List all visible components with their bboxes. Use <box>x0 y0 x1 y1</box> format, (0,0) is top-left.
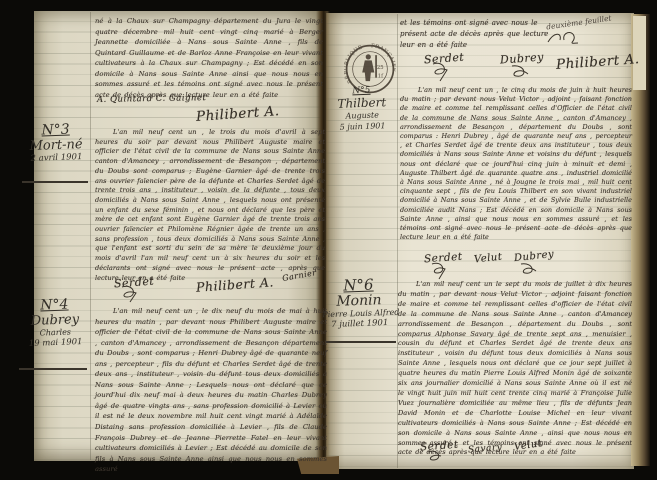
margin-note-3: N°3 Mort-né 2 avril 1901 <box>23 121 88 165</box>
act4-paragraph: L'an mil neuf cent un , le dix neuf du m… <box>95 306 327 475</box>
allegory-figure-icon <box>362 54 377 81</box>
margin-note-4: N°4 Dubrey Charles 19 mai 1901 <box>19 296 91 350</box>
act2-end-paragraph: né à la Chaux sur Champagny département … <box>95 16 323 100</box>
act4-end-paragraph: et les témoins ont signé avec nous le pr… <box>400 18 552 51</box>
stamp-ring-text-left: RÉPUBLIQUE <box>344 44 364 84</box>
act3-paragraph: L'an mil neuf cent un , le trois du mois… <box>95 128 325 283</box>
act2-witness-signatures: A. Quintard C. Gaignet <box>97 93 207 105</box>
svg-text:RÉPUBLIQUE: RÉPUBLIQUE <box>344 44 364 84</box>
left-margin-line <box>90 12 91 460</box>
signature-flourish <box>118 285 144 307</box>
margin-rule-3 <box>22 181 88 183</box>
register-scan: né à la Chaux sur Champagny département … <box>0 0 657 480</box>
signature-flourish <box>424 450 448 470</box>
act-date: 2 avril 1901 <box>24 152 88 165</box>
margin-note-5: N°5 Thilbert Auguste 5 juin 1901 <box>329 85 395 133</box>
stamp-value-bottom: 1f <box>378 74 384 80</box>
signature-flourish <box>428 62 454 86</box>
act5-paragraph: L'an mil neuf cent un , le cinq du mois … <box>400 86 632 242</box>
stamp-value-top: 25 <box>377 65 384 71</box>
act-name: Thilbert <box>330 95 394 112</box>
paraph-flourish <box>546 30 580 50</box>
margin-note-6: N°6 Monin Pierre Louis Alfred 7 juillet … <box>321 275 397 332</box>
act6-paragraph: L'an mil neuf cent un le sept du mois de… <box>398 280 632 458</box>
margin-rule-6 <box>326 341 396 343</box>
signature-flourish <box>508 64 534 88</box>
act-date: 5 juin 1901 <box>330 120 394 133</box>
margin-rule-4 <box>19 368 87 370</box>
